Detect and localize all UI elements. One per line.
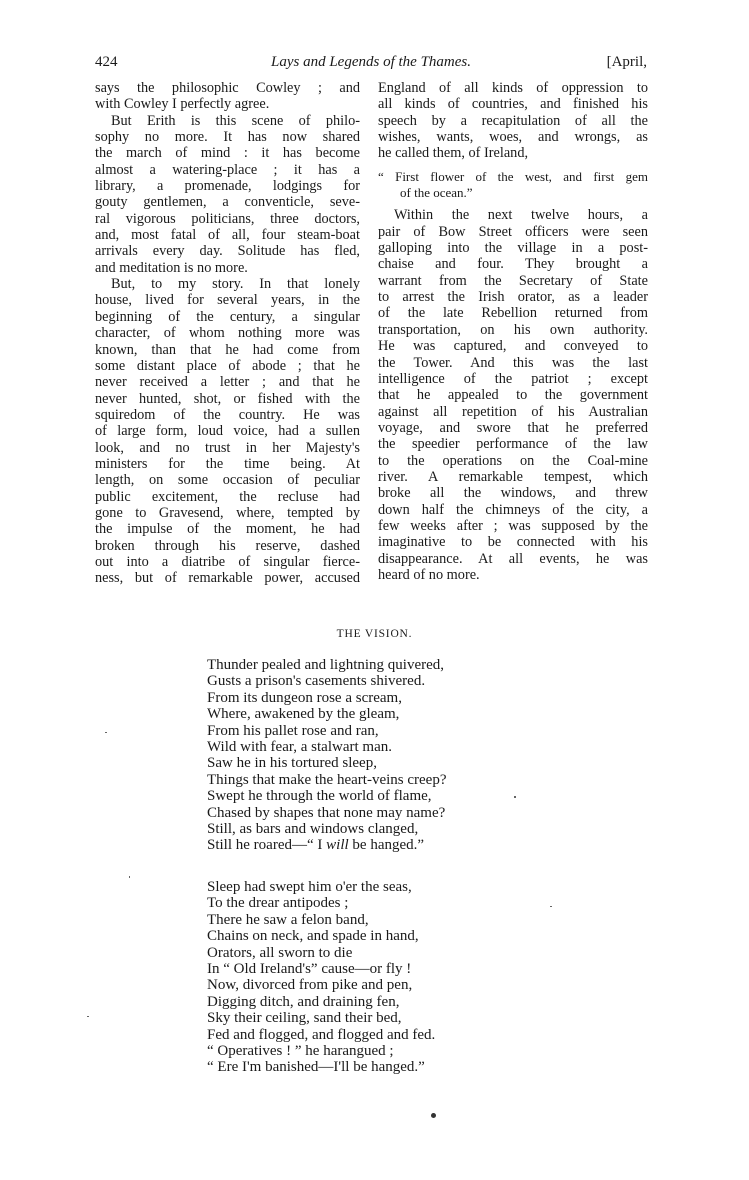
poem-line: From its dungeon rose a scream, xyxy=(207,690,446,706)
text-line: known, than that he had come from xyxy=(95,342,360,358)
text-line: against all repetition of his Australian xyxy=(378,404,648,420)
text-line: beginning of the century, a singular xyxy=(95,309,360,325)
ink-speck xyxy=(105,732,107,733)
text-line: some distant place of abode ; that he xyxy=(95,358,360,374)
text-line: arrivals every day. Solitude has fled, xyxy=(95,243,360,259)
text-line: He was captured, and conveyed to xyxy=(378,338,648,354)
text-line: of large form, loud voice, had a sullen xyxy=(95,423,360,439)
poem-line: Fed and flogged, and flogged and fed. xyxy=(207,1027,435,1043)
text-line: heard of no more. xyxy=(378,567,648,583)
right-column: England of all kinds of oppression to al… xyxy=(378,80,648,583)
ink-speck xyxy=(550,906,552,907)
poem-line: Chased by shapes that none may name? xyxy=(207,805,446,821)
text-line: Within the next twelve hours, a xyxy=(378,207,648,223)
poem-line: Orators, all sworn to die xyxy=(207,945,435,961)
text-line: wishes, wants, woes, and wrongs, as xyxy=(378,129,648,145)
text-line: of the late Rebellion returned from xyxy=(378,305,648,321)
poem-line: Still he roared—“ I will be hanged.” xyxy=(207,837,446,853)
left-column: says the philosophic Cowley ; and with C… xyxy=(95,80,360,587)
text-line: gone to Gravesend, where, tempted by xyxy=(95,505,360,521)
running-month: [April, xyxy=(607,54,647,71)
poem-title: THE VISION. xyxy=(0,628,749,640)
text-line: public excitement, the recluse had xyxy=(95,489,360,505)
book-page: 424 Lays and Legends of the Thames. [Apr… xyxy=(0,0,749,1180)
text-line: But Erith is this scene of philo- xyxy=(95,113,360,129)
text-line: that he appealed to the government xyxy=(378,387,648,403)
text-line: transportation, on his own authority. xyxy=(378,322,648,338)
text-line: ness, but of remarkable power, accused xyxy=(95,570,360,586)
text-line: with Cowley I perfectly agree. xyxy=(95,96,360,112)
text-line: few weeks after ; was supposed by the xyxy=(378,518,648,534)
text-line: he called them, of Ireland, xyxy=(378,145,648,161)
text-line: squiredom of the country. He was xyxy=(95,407,360,423)
poem-line: Wild with fear, a stalwart man. xyxy=(207,739,446,755)
text-line: to the operations on the Coal-mine xyxy=(378,453,648,469)
poem-line: From his pallet rose and ran, xyxy=(207,723,446,739)
text-line: look, and no trust in her Majesty's xyxy=(95,440,360,456)
poem-line: Digging ditch, and draining fen, xyxy=(207,994,435,1010)
poem-line: Sleep had swept him o'er the seas, xyxy=(207,879,435,895)
text-line: England of all kinds of oppression to xyxy=(378,80,648,96)
quote-line: of the ocean.” xyxy=(378,185,648,201)
ink-speck xyxy=(514,796,516,798)
text-line: out into a diatribe of singular fierce- xyxy=(95,554,360,570)
ink-speck xyxy=(129,876,130,878)
poem-line: Swept he through the world of flame, xyxy=(207,788,446,804)
running-header: 424 Lays and Legends of the Thames. [Apr… xyxy=(95,54,647,72)
poem-line-part: Still he roared—“ I xyxy=(207,837,326,853)
text-line: the march of mind : it has become xyxy=(95,145,360,161)
text-line: ministers for the time being. At xyxy=(95,456,360,472)
poem-line: Where, awakened by the gleam, xyxy=(207,706,446,722)
poem-line: Sky their ceiling, sand their bed, xyxy=(207,1010,435,1026)
text-line: never hunted, shot, or fished with the xyxy=(95,391,360,407)
poem-line: Saw he in his tortured sleep, xyxy=(207,755,446,771)
poem-stanza-1: Thunder pealed and lightning quivered, G… xyxy=(207,657,446,854)
text-line: to arrest the Irish orator, as a leader xyxy=(378,289,648,305)
text-line: says the philosophic Cowley ; and xyxy=(95,80,360,96)
ink-speck xyxy=(87,1016,89,1017)
text-line: imaginative to be connected with his xyxy=(378,534,648,550)
text-line: warrant from the Secretary of State xyxy=(378,273,648,289)
text-line: the impulse of the moment, he had xyxy=(95,521,360,537)
poem-line: To the drear antipodes ; xyxy=(207,895,435,911)
poem-stanza-2: Sleep had swept him o'er the seas, To th… xyxy=(207,879,435,1076)
text-line: intelligence of the patriot ; except xyxy=(378,371,648,387)
text-line: gouty gentlemen, a conventicle, seve- xyxy=(95,194,360,210)
text-line: broke all the windows, and threw xyxy=(378,485,648,501)
ink-speck xyxy=(431,1113,436,1118)
poem-line: Chains on neck, and spade in hand, xyxy=(207,928,435,944)
poem-line: Thunder pealed and lightning quivered, xyxy=(207,657,446,673)
poem-line-emphasis: will xyxy=(326,837,349,853)
text-line: But, to my story. In that lonely xyxy=(95,276,360,292)
poem-line: Still, as bars and windows clanged, xyxy=(207,821,446,837)
text-line: disappearance. At all events, he was xyxy=(378,551,648,567)
poem-line: There he saw a felon band, xyxy=(207,912,435,928)
text-line: house, lived for several years, in the xyxy=(95,292,360,308)
poem-line: In “ Old Ireland's” cause—or fly ! xyxy=(207,961,435,977)
text-line: chaise and four. They brought a xyxy=(378,256,648,272)
quote-line: “ First flower of the west, and first ge… xyxy=(378,169,648,185)
text-line: never received a letter ; and that he xyxy=(95,374,360,390)
poem-line: Things that make the heart-veins creep? xyxy=(207,772,446,788)
text-line: and meditation is no more. xyxy=(95,260,360,276)
running-title: Lays and Legends of the Thames. xyxy=(95,54,647,71)
poem-line: “ Ere I'm banished—I'll be hanged.” xyxy=(207,1059,435,1075)
poem-line: Gusts a prison's casements shivered. xyxy=(207,673,446,689)
poem-line: Now, divorced from pike and pen, xyxy=(207,977,435,993)
text-line: broken through his reserve, dashed xyxy=(95,538,360,554)
text-line: library, a promenade, lodgings for xyxy=(95,178,360,194)
text-line: character, of whom nothing more was xyxy=(95,325,360,341)
text-line: sophy no more. It has now shared xyxy=(95,129,360,145)
text-line: all kinds of countries, and finished his xyxy=(378,96,648,112)
poem-line: “ Operatives ! ” he harangued ; xyxy=(207,1043,435,1059)
text-line: length, on some occasion of peculiar xyxy=(95,472,360,488)
poem-line-part: be hanged.” xyxy=(349,837,424,853)
text-line: speech by a recapitulation of all the xyxy=(378,113,648,129)
text-line: pair of Bow Street officers were seen xyxy=(378,224,648,240)
block-quote: “ First flower of the west, and first ge… xyxy=(378,169,648,202)
text-line: down half the chimneys of the city, a xyxy=(378,502,648,518)
text-line: galloping into the village in a post- xyxy=(378,240,648,256)
text-line: ral vigorous politicians, three doctors, xyxy=(95,211,360,227)
text-line: and, most fatal of all, four steam-boat xyxy=(95,227,360,243)
text-line: the Tower. And this was the last xyxy=(378,355,648,371)
text-line: the speedier performance of the law xyxy=(378,436,648,452)
text-line: river. A remarkable tempest, which xyxy=(378,469,648,485)
text-line: voyage, and swore that he preferred xyxy=(378,420,648,436)
text-line: almost a watering-place ; it has a xyxy=(95,162,360,178)
